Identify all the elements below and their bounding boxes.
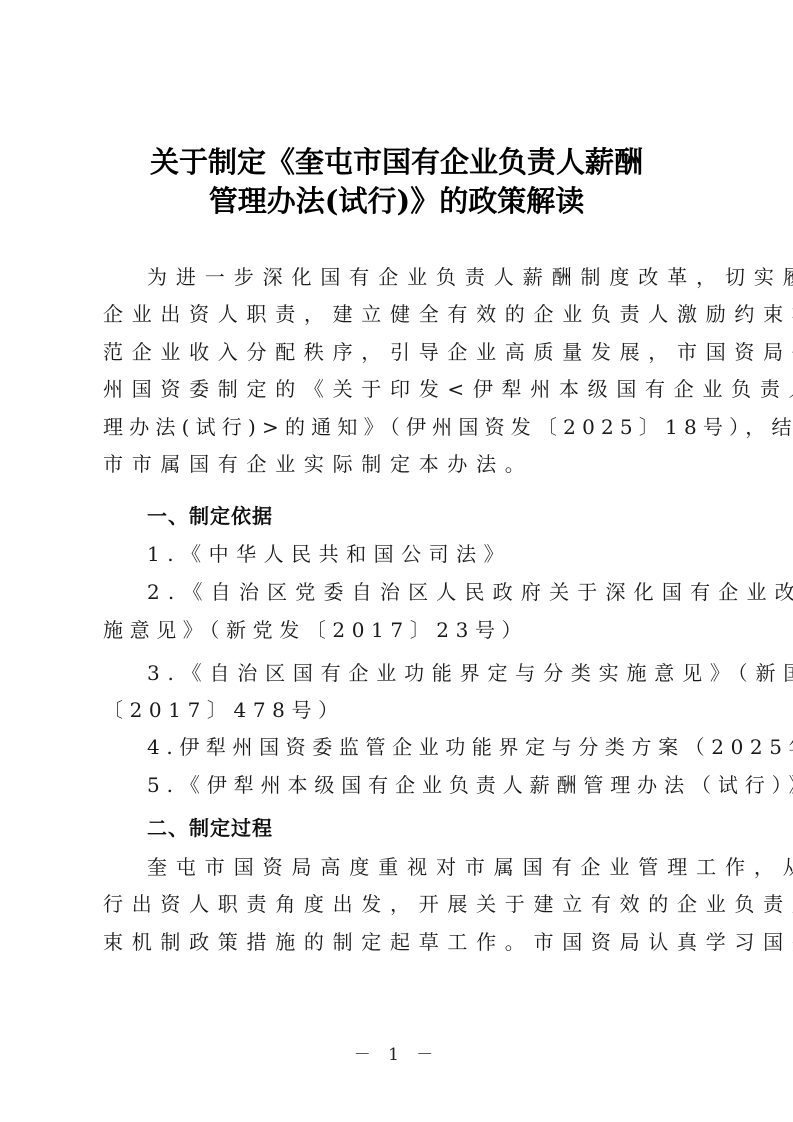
paragraph-line: 束机制政策措施的制定起草工作。市国资局认真学习国务院和自: [103, 928, 693, 956]
document-title-line-1: 关于制定《奎屯市国有企业负责人薪酬: [0, 143, 793, 181]
paragraph-line: 企业出资人职责，建立健全有效的企业负责人激励约束机制，规: [103, 300, 693, 328]
basis-item-5: 5.《伊犁州本级国有企业负责人薪酬管理办法（试行）》: [147, 771, 737, 799]
basis-item-3-cont: 〔2017〕478号）: [103, 696, 693, 724]
basis-item-2: 2.《自治区党委自治区人民政府关于深化国有企业改革的实: [147, 578, 737, 606]
basis-item-4: 4.伊犁州国资委监管企业功能界定与分类方案（2025年）: [147, 733, 737, 761]
section-heading: 二、制定过程: [147, 814, 273, 842]
paragraph-line: 范企业收入分配秩序，引导企业高质量发展，市国资局依据伊犁: [103, 338, 693, 366]
paragraph-line: 奎屯市国资局高度重视对市属国有企业管理工作，从依法履: [147, 853, 737, 881]
paragraph-line: 理办法(试行)>的通知》（伊州国资发〔2025〕18号），结合我: [103, 413, 693, 441]
basis-item-1: 1.《中华人民共和国公司法》: [147, 540, 737, 568]
page-number: － 1 －: [0, 1040, 793, 1065]
section-heading: 一、制定依据: [147, 502, 273, 530]
document-title-line-2: 管理办法(试行)》的政策解读: [0, 182, 793, 220]
paragraph-line: 市市属国有企业实际制定本办法。: [103, 450, 693, 478]
paragraph-line: 州国资委制定的《关于印发<伊犁州本级国有企业负责人薪酬管: [103, 375, 693, 403]
basis-item-3: 3.《自治区国有企业功能界定与分类实施意见》（新国资发: [147, 659, 737, 687]
paragraph-line: 行出资人职责角度出发，开展关于建立有效的企业负责人激励约: [103, 890, 693, 918]
basis-item-2-cont: 施意见》（新党发〔2017〕23号）: [103, 616, 693, 644]
paragraph-line: 为进一步深化国有企业负责人薪酬制度改革，切实履行国有: [147, 263, 737, 291]
